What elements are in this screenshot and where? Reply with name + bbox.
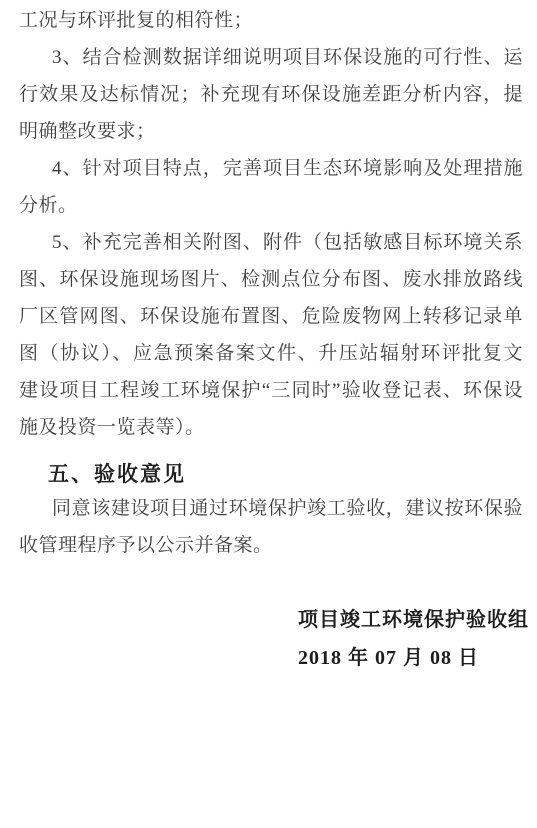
document-page: 工况与环评批复的相符性； 3、结合检测数据详细说明项目环保设施的可行性、运 行效… [0,0,537,828]
document-line: 建设项目工程竣工环境保护“三同时”验收登记表、环保设 [19,372,523,409]
document-line: 3、结合检测数据详细说明项目环保设施的可行性、运 [19,39,523,76]
document-line: 图（协议）、应急预案备案文件、升压站辐射环评批复文件、 [19,335,523,372]
signature-organization: 项目竣工环境保护验收组 [298,601,523,639]
document-line: 图、环保设施现场图片、检测点位分布图、废水排放路线图、 [19,261,523,298]
document-line: 施及投资一览表等）。 [19,409,523,446]
document-line: 5、补充完善相关附图、附件（包括敏感目标环境关系 [19,224,523,261]
document-line: 行效果及达标情况；补充现有环保设施差距分析内容，提出 [19,76,523,113]
signature-date: 2018 年 07 月 08 日 [298,639,523,677]
section-heading: 五、验收意见 [48,460,523,490]
document-line: 收管理程序予以公示并备案。 [19,527,523,564]
document-line: 4、针对项目特点，完善项目生态环境影响及处理措施 [19,150,523,187]
document-body: 工况与环评批复的相符性； 3、结合检测数据详细说明项目环保设施的可行性、运 行效… [19,2,523,446]
document-line: 明确整改要求； [19,113,523,150]
document-line: 厂区管网图、环保设施布置图、危险废物网上转移记录单截 [19,298,523,335]
document-line: 同意该建设项目通过环境保护竣工验收，建议按环保验 [19,490,523,527]
acceptance-opinion-paragraph: 同意该建设项目通过环境保护竣工验收，建议按环保验 收管理程序予以公示并备案。 [19,490,523,564]
document-line: 工况与环评批复的相符性； [19,2,523,39]
signature-block: 项目竣工环境保护验收组 2018 年 07 月 08 日 [298,601,523,677]
document-line: 分析。 [19,187,523,224]
